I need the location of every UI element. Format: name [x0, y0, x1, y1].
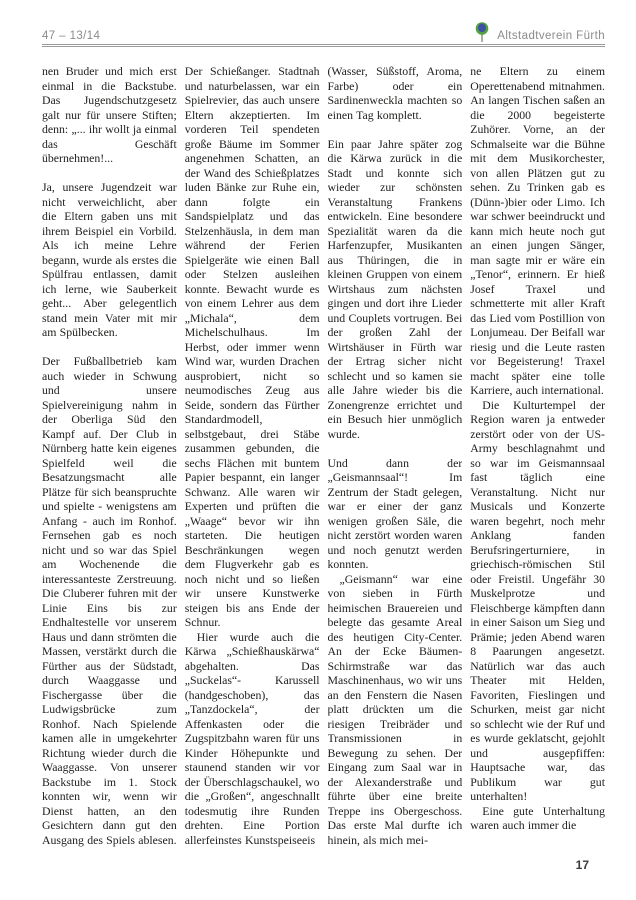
header-rule [42, 44, 605, 47]
text-column-3: (Wasser, Süßstoff, Aroma, Farbe) oder ei… [328, 64, 463, 864]
paragraph: ne Eltern zu einem Operettenabend mitnah… [470, 64, 605, 398]
paragraph: nen Bruder und mich erst einmal in die B… [42, 64, 177, 166]
brand: Altstadtverein Fürth [475, 21, 605, 42]
paragraph: Hier wurde auch die Kärwa „Schießhauskär… [185, 630, 320, 848]
tree-logo-icon [475, 21, 489, 43]
paragraph: Die Kulturtempel der Region waren ja ent… [470, 398, 605, 804]
paragraph: Der Fußballbetrieb kam auch wieder in Sc… [42, 354, 177, 847]
paragraph: Und dann der „Geismannsaal“! Im Zentrum … [328, 456, 463, 572]
brand-label: Altstadtverein Fürth [497, 30, 605, 42]
magazine-page: 47 – 13/14 Altstadtverein Fürth nen Brud… [0, 0, 636, 900]
paragraph: Ja, unsere Jugendzeit war nicht verweich… [42, 180, 177, 340]
page-header: 47 – 13/14 Altstadtverein Fürth [42, 22, 605, 42]
text-column-2: Der Schießanger. Stadtnah und naturbelas… [185, 64, 320, 864]
paragraph: Ein paar Jahre später zog die Kärwa zurü… [328, 137, 463, 442]
page-number: 17 [576, 858, 589, 872]
issue-label: 47 – 13/14 [42, 30, 100, 42]
text-column-1: nen Bruder und mich erst einmal in die B… [42, 64, 177, 864]
article-columns: nen Bruder und mich erst einmal in die B… [42, 64, 605, 864]
paragraph: Der Schießanger. Stadtnah und naturbelas… [185, 64, 320, 630]
paragraph: Eine gute Unterhaltung waren auch immer … [470, 804, 605, 833]
paragraph: (Wasser, Süßstoff, Aroma, Farbe) oder ei… [328, 64, 463, 122]
paragraph: „Geismann“ war eine von sieben in Fürth … [328, 572, 463, 848]
text-column-4: ne Eltern zu einem Operettenabend mitnah… [470, 64, 605, 864]
